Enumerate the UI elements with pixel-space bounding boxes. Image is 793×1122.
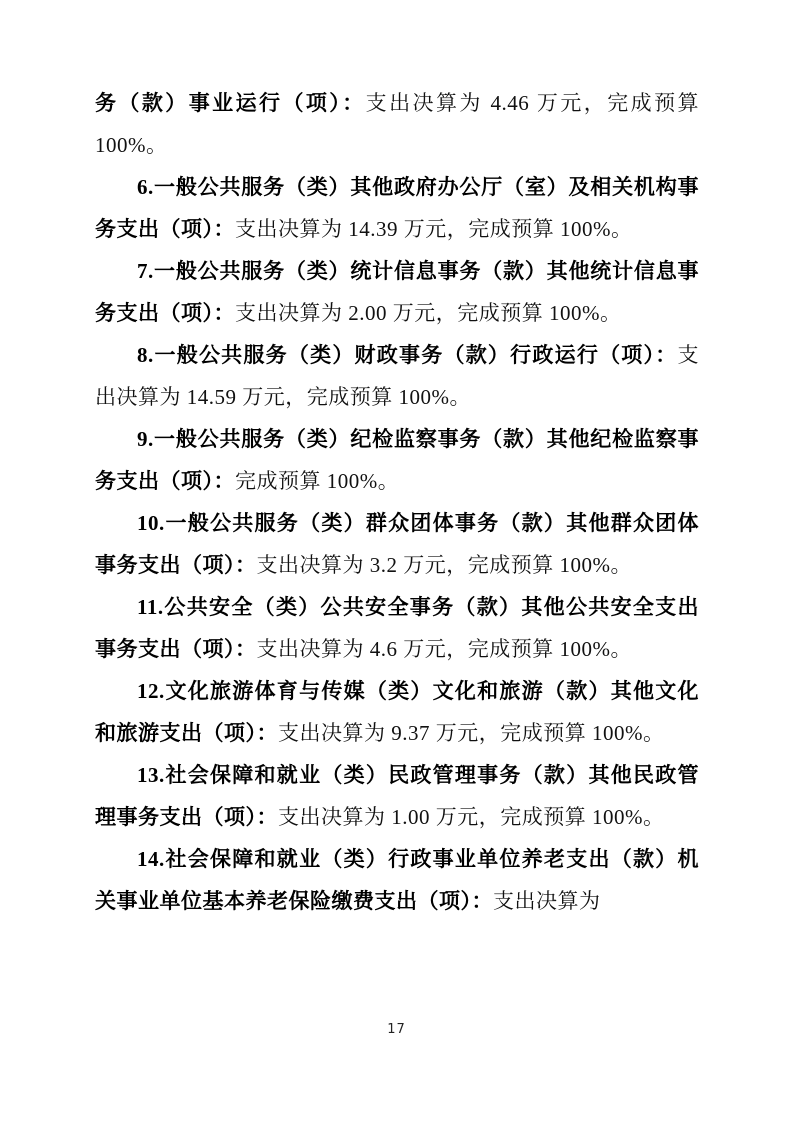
budget-item-label: 14.社会保障和就业（类）行政事业单位养老支出（款）机关事业单位基本养老保险缴费… [95, 847, 699, 913]
budget-item-paragraph: 11.公共安全（类）公共安全事务（款）其他公共安全支出事务支出（项）：支出决算为… [95, 586, 699, 670]
budget-item-value: 支出决算为 [493, 889, 601, 913]
budget-item-paragraph: 务（款）事业运行（项）：支出决算为 4.46 万元，完成预算 100%。 [95, 82, 699, 166]
document-content: 务（款）事业运行（项）：支出决算为 4.46 万元，完成预算 100%。6.一般… [95, 82, 699, 922]
budget-item-paragraph: 9.一般公共服务（类）纪检监察事务（款）其他纪检监察事务支出（项）：完成预算 1… [95, 418, 699, 502]
budget-item-label: 8.一般公共服务（类）财政事务（款）行政运行（项）： [137, 343, 678, 367]
budget-item-paragraph: 12.文化旅游体育与传媒（类）文化和旅游（款）其他文化和旅游支出（项）：支出决算… [95, 670, 699, 754]
budget-item-paragraph: 10.一般公共服务（类）群众团体事务（款）其他群众团体事务支出（项）：支出决算为… [95, 502, 699, 586]
budget-item-paragraph: 8.一般公共服务（类）财政事务（款）行政运行（项）：支出决算为 14.59 万元… [95, 334, 699, 418]
budget-item-paragraph: 13.社会保障和就业（类）民政管理事务（款）其他民政管理事务支出（项）：支出决算… [95, 754, 699, 838]
budget-item-paragraph: 7.一般公共服务（类）统计信息事务（款）其他统计信息事务支出（项）：支出决算为 … [95, 250, 699, 334]
budget-item-value: 支出决算为 3.2 万元，完成预算 100%。 [257, 553, 633, 577]
budget-item-paragraph: 6.一般公共服务（类）其他政府办公厅（室）及相关机构事务支出（项）：支出决算为 … [95, 166, 699, 250]
budget-item-value: 支出决算为 2.00 万元，完成预算 100%。 [235, 301, 622, 325]
budget-item-value: 完成预算 100%。 [235, 469, 399, 493]
budget-item-value: 支出决算为 1.00 万元，完成预算 100%。 [278, 805, 665, 829]
budget-item-value: 支出决算为 9.37 万元，完成预算 100%。 [278, 721, 665, 745]
budget-item-paragraph: 14.社会保障和就业（类）行政事业单位养老支出（款）机关事业单位基本养老保险缴费… [95, 838, 699, 922]
budget-item-label: 务（款）事业运行（项）： [95, 91, 366, 115]
budget-item-value: 支出决算为 4.6 万元，完成预算 100%。 [257, 637, 633, 661]
budget-item-value: 支出决算为 14.39 万元，完成预算 100%。 [235, 217, 633, 241]
page-number: 17 [387, 1022, 406, 1037]
page-footer: 17 [0, 1020, 793, 1038]
document-page: 务（款）事业运行（项）：支出决算为 4.46 万元，完成预算 100%。6.一般… [0, 0, 793, 1122]
